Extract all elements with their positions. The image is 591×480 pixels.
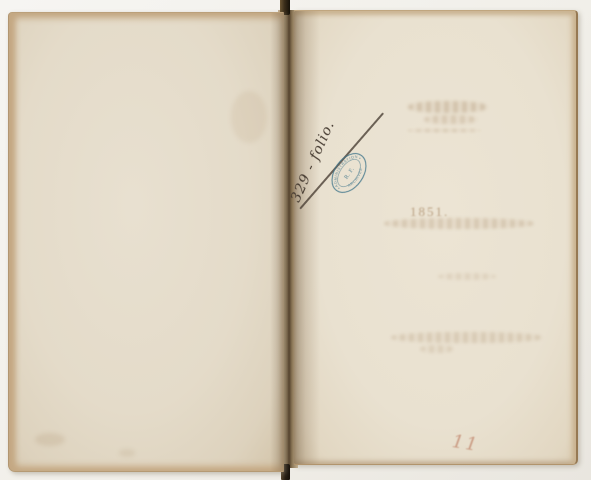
red-page-number: 11 bbox=[451, 431, 481, 456]
bleedthrough-mark bbox=[438, 273, 496, 280]
stamp-separator-dot bbox=[338, 187, 340, 189]
right-page-gutter-shadow bbox=[294, 11, 320, 464]
left-page-gutter-shadow bbox=[270, 13, 284, 471]
bleedthrough-mark bbox=[391, 332, 543, 343]
foxing-spot bbox=[231, 91, 267, 143]
stamp-center-text: R. F. bbox=[343, 166, 355, 180]
bleedthrough-mark bbox=[420, 345, 454, 353]
right-page: 1851. 11 bbox=[294, 10, 578, 465]
foxing-spot bbox=[35, 433, 65, 446]
scan-background: 1851. 11 329 - folio. ADMINISTRATION ARC… bbox=[0, 0, 591, 480]
bleedthrough-mark bbox=[407, 129, 481, 132]
bleedthrough-mark bbox=[384, 218, 534, 229]
bleedthrough-mark bbox=[424, 115, 478, 124]
bleedthrough-mark bbox=[408, 101, 488, 113]
left-page bbox=[8, 12, 284, 472]
stamp-separator-dot bbox=[359, 158, 361, 160]
foxing-spot bbox=[119, 449, 135, 457]
